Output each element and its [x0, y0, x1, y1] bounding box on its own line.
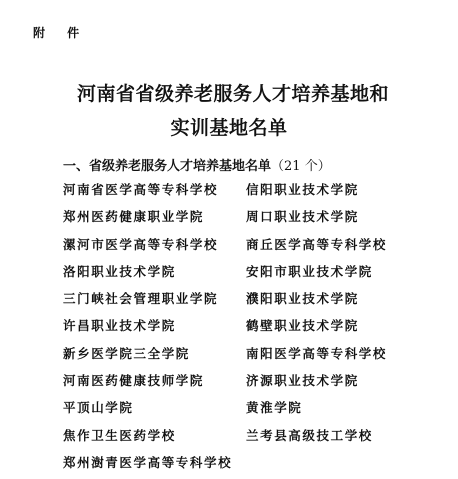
list-item: 郑州医药健康职业学院 — [63, 209, 246, 236]
list-item: 洛阳职业技术学院 — [63, 264, 246, 291]
attachment-label: 附 件 — [33, 24, 88, 41]
list-item: 黄淮学院 — [246, 400, 406, 427]
section-heading-text: 一、省级养老服务人才培养基地名单 — [63, 159, 271, 174]
list-item: 新乡医学院三全学院 — [63, 346, 246, 373]
list-item: 三门峡社会管理职业学院 — [63, 291, 246, 318]
section-heading: 一、省级养老服务人才培养基地名单（21 个） — [63, 155, 331, 174]
list-item: 鹤壁职业技术学院 — [246, 318, 406, 345]
document-title-line-1: 河南省省级养老服务人才培养基地和 — [4, 79, 458, 106]
list-item: 兰考县高级技工学校 — [246, 428, 406, 455]
list-item: 安阳市职业技术学院 — [246, 264, 406, 291]
list-item: 濮阳职业技术学院 — [246, 291, 406, 318]
list-item: 焦作卫生医药学校 — [63, 428, 246, 455]
list-item: 郑州澍青医学高等专科学校 — [63, 455, 246, 479]
list-item: 商丘医学高等专科学校 — [246, 237, 406, 264]
list-item: 河南省医学高等专科学校 — [63, 182, 246, 209]
list-item: 济源职业技术学院 — [246, 373, 406, 400]
list-item: 信阳职业技术学院 — [246, 182, 406, 209]
document-title-line-2: 实训基地名单 — [0, 113, 458, 140]
list-item: 南阳医学高等专科学校 — [246, 346, 406, 373]
list-item: 周口职业技术学院 — [246, 209, 406, 236]
list-item: 漯河市医学高等专科学校 — [63, 237, 246, 264]
base-list: 河南省医学高等专科学校 信阳职业技术学院 郑州医药健康职业学院 周口职业技术学院… — [63, 182, 403, 479]
list-item: 平顶山学院 — [63, 400, 246, 427]
list-item: 许昌职业技术学院 — [63, 318, 246, 345]
list-item: 河南医药健康技师学院 — [63, 373, 246, 400]
section-count: （21 个） — [271, 159, 331, 174]
